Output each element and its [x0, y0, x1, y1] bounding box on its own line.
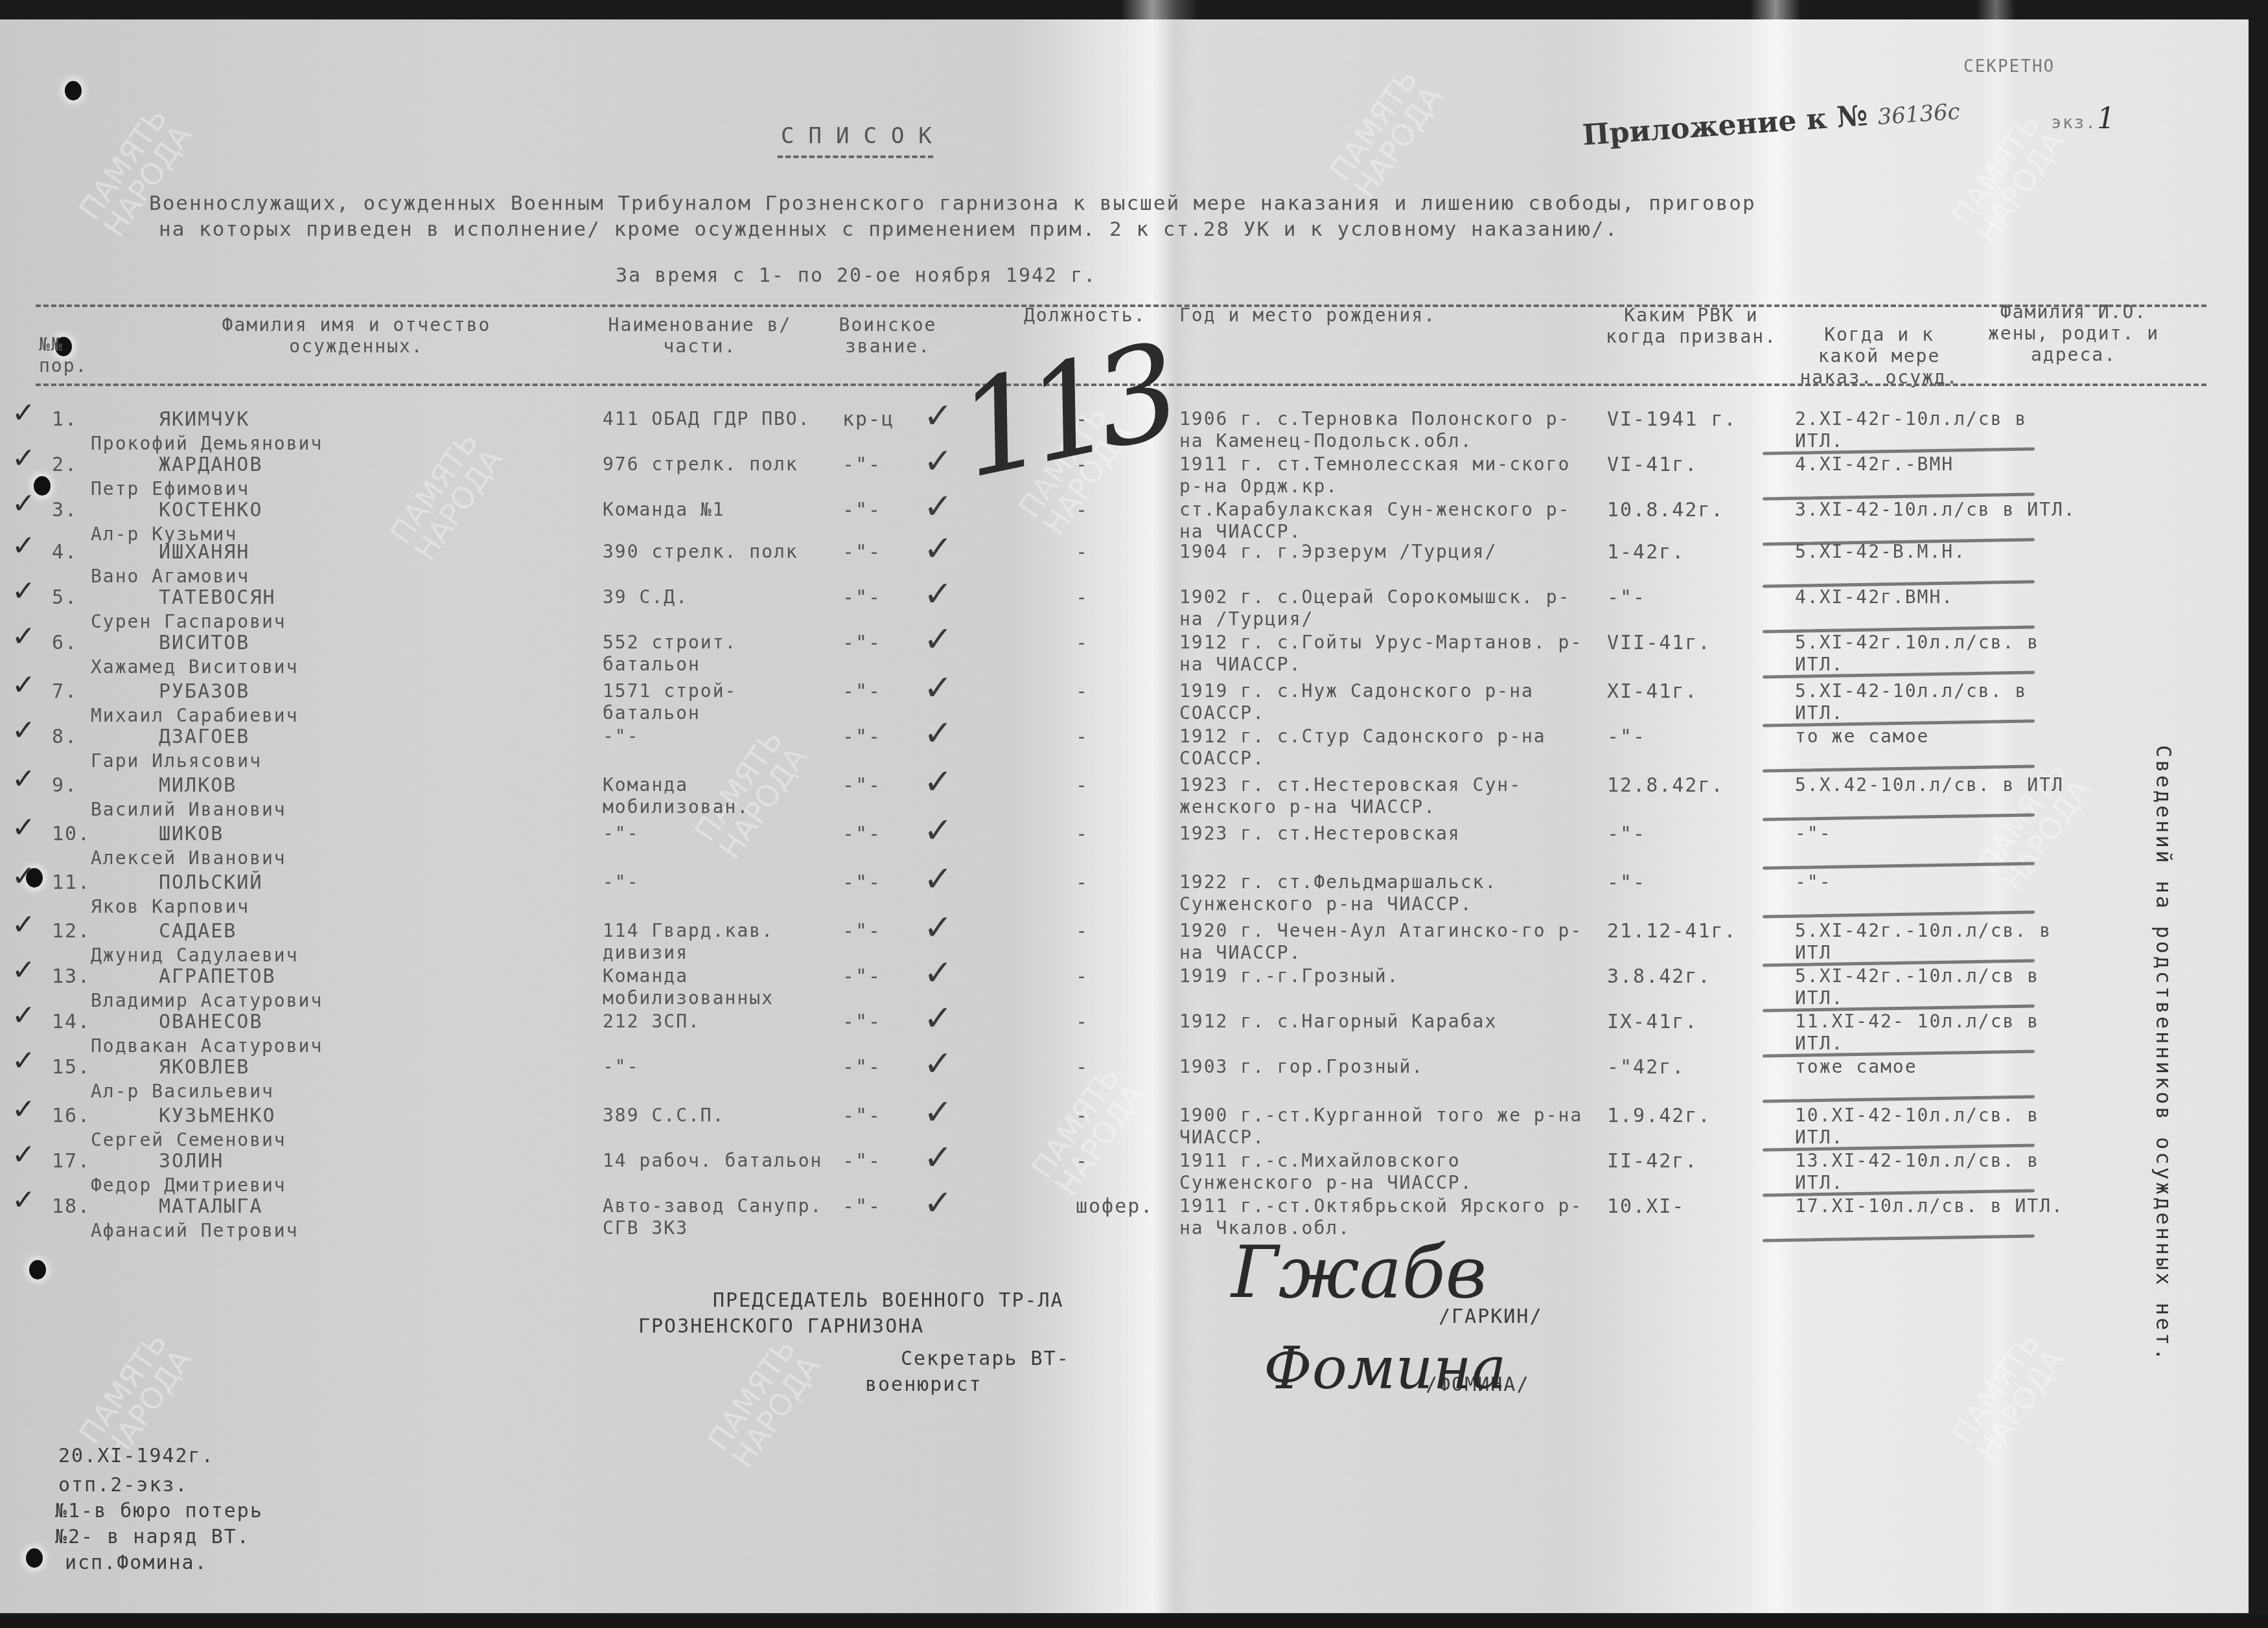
- row-surname: МИЛКОВ: [159, 774, 237, 797]
- annex-number: 36136с: [1877, 98, 1961, 130]
- row-rank: -"-: [842, 1011, 881, 1033]
- row-unit: 1571 строй-батальон: [603, 680, 823, 724]
- row-position: -: [1076, 586, 1089, 609]
- row-sentence: -"-: [1795, 823, 2080, 845]
- row-position: -: [1076, 408, 1089, 431]
- row-number: 4.: [52, 541, 78, 564]
- scan-border-bottom: [0, 1615, 2268, 1628]
- col-header-rank: Воинское звание.: [829, 314, 946, 357]
- row-surname: ОВАНЕСОВ: [159, 1011, 263, 1033]
- checkmark-icon: ✓: [923, 395, 953, 436]
- margin-checkmark: ✓: [12, 1093, 36, 1126]
- row-drafted: 3.8.42г.: [1607, 965, 1711, 988]
- row-rank: -"-: [842, 453, 881, 476]
- row-given-names: Михаил Сарабиевич: [91, 705, 299, 726]
- margin-checkmark: ✓: [12, 908, 36, 941]
- scan-border-right: [2249, 0, 2268, 1628]
- row-given-names: Петр Ефимович: [91, 478, 249, 499]
- row-birth: 1904 г. г.Эрзерум /Турция/: [1179, 541, 1594, 563]
- row-unit: 552 строит. батальон: [603, 632, 823, 676]
- row-number: 9.: [52, 774, 78, 797]
- row-unit: -"-: [603, 823, 823, 845]
- row-position: -: [1076, 1150, 1089, 1173]
- row-rank: -"-: [842, 726, 881, 748]
- row-unit: -"-: [603, 726, 823, 748]
- row-unit: 114 Гвард.кав. дивизия: [603, 920, 823, 964]
- row-rank: -"-: [842, 586, 881, 609]
- row-number: 6.: [52, 632, 78, 654]
- margin-checkmark: ✓: [12, 1138, 36, 1171]
- row-drafted: -"-: [1607, 726, 1646, 748]
- row-rank: -"-: [842, 1195, 881, 1218]
- col-header-birth: Год и место рождения.: [1179, 304, 1436, 326]
- chairman-title-line-1: ПРЕДСЕДАТЕЛЬ ВОЕННОГО ТР-ЛА: [713, 1289, 1064, 1312]
- secretary-title-line-1: Секретарь ВТ-: [901, 1347, 1070, 1370]
- row-unit: Команда мобилизованных: [603, 965, 823, 1009]
- margin-checkmark: ✓: [12, 762, 36, 796]
- row-unit: 390 стрелк. полк: [603, 541, 823, 563]
- row-drafted: VI-1941 г.: [1607, 408, 1737, 431]
- row-given-names: Хажамед Виситович: [91, 656, 299, 678]
- row-birth: 1923 г. ст.Нестеровская: [1179, 823, 1594, 845]
- row-position: -: [1076, 1105, 1089, 1127]
- row-drafted: II-42г.: [1607, 1150, 1698, 1173]
- row-surname: ШИКОВ: [159, 823, 224, 845]
- row-number: 1.: [52, 408, 78, 431]
- row-given-names: Афанасий Петрович: [91, 1220, 299, 1241]
- row-rank: -"-: [842, 680, 881, 703]
- checkmark-icon: ✓: [923, 713, 953, 753]
- margin-checkmark: ✓: [12, 860, 36, 893]
- row-number: 2.: [52, 453, 78, 476]
- row-drafted: -"-: [1607, 586, 1646, 609]
- row-given-names: Джунид Садулаевич: [91, 945, 299, 966]
- margin-checkmark: ✓: [12, 529, 36, 562]
- row-birth: 1900 г.-ст.Курганной того же р-на ЧИАССР…: [1179, 1105, 1594, 1149]
- checkmark-icon: ✓: [923, 619, 953, 659]
- row-number: 17.: [52, 1150, 91, 1173]
- margin-checkmark: ✓: [12, 1044, 36, 1077]
- row-surname: РУБАЗОВ: [159, 680, 249, 703]
- row-given-names: Василий Иванович: [91, 799, 286, 820]
- executor: исп.Фомина.: [65, 1552, 208, 1574]
- row-sentence: 3.XI-42-10л.л/св в ИТЛ.: [1795, 499, 2080, 521]
- row-drafted: 1-42г.: [1607, 541, 1685, 564]
- document-date: 20.XI-1942г.: [58, 1445, 214, 1467]
- row-rank: -"-: [842, 920, 881, 943]
- row-unit: 389 С.С.П.: [603, 1105, 823, 1127]
- row-given-names: Яков Карпович: [91, 896, 249, 917]
- checkmark-icon: ✓: [923, 998, 953, 1038]
- margin-checkmark: ✓: [12, 575, 36, 608]
- row-unit: 976 стрелк. полк: [603, 453, 823, 476]
- row-drafted: VII-41г.: [1607, 632, 1711, 654]
- row-birth: 1906 г. с.Терновка Полонского р-на Камен…: [1179, 408, 1594, 452]
- row-unit: Команда мобилизован.: [603, 774, 823, 818]
- subtitle-line-1: Военнослужащих, осужденных Военным Трибу…: [149, 192, 1756, 215]
- margin-checkmark: ✓: [12, 396, 36, 430]
- secret-stamp: СЕКРЕТНО: [1963, 57, 2055, 76]
- row-given-names: Ал-р Васильевич: [91, 1081, 274, 1102]
- row-unit: 212 ЗСП.: [603, 1011, 823, 1033]
- row-given-names: Сурен Гаспарович: [91, 611, 286, 632]
- punch-hole: [65, 81, 82, 100]
- row-drafted: XI-41г.: [1607, 680, 1698, 703]
- col-header-name: Фамилия имя и отчество осужденных.: [188, 314, 525, 357]
- checkmark-icon: ✓: [923, 907, 953, 948]
- row-sentence: 13.XI-42-10л.л/св. в ИТЛ.: [1795, 1150, 2080, 1194]
- row-sentence: 5.X.42-10л.л/св. в ИТЛ: [1795, 774, 2080, 796]
- row-rank: -"-: [842, 965, 881, 988]
- row-number: 15.: [52, 1056, 91, 1079]
- relatives-note: Сведений на родственников осужденных нет…: [2151, 745, 2176, 1363]
- row-given-names: Прокофий Демьянович: [91, 433, 323, 454]
- row-position: -: [1076, 823, 1089, 845]
- row-drafted: IX-41г.: [1607, 1011, 1698, 1033]
- row-sentence: 4.XI-42г.ВМН.: [1795, 586, 2080, 608]
- row-number: 7.: [52, 680, 78, 703]
- row-number: 18.: [52, 1195, 91, 1218]
- margin-checkmark: ✓: [12, 1184, 36, 1217]
- checkmark-icon: ✓: [923, 761, 953, 802]
- row-birth: 1911 г. ст.Темнолесская ми-ского р-на Ор…: [1179, 453, 1594, 498]
- row-position: -: [1076, 499, 1089, 522]
- row-sentence: 5.XI-42-В.М.Н.: [1795, 541, 2080, 563]
- row-position: -: [1076, 1011, 1089, 1033]
- row-number: 3.: [52, 499, 78, 522]
- row-rank: -"-: [842, 774, 881, 797]
- row-unit: 39 С.Д.: [603, 586, 823, 608]
- reporting-period: За время с 1- по 20-ое ноября 1942 г.: [616, 264, 1096, 287]
- col-header-num: №№ пор.: [39, 334, 91, 376]
- secretary-signature: Фомина: [1264, 1335, 1506, 1403]
- row-surname: ДЗАГОЕВ: [159, 726, 249, 748]
- row-position: -: [1076, 1056, 1089, 1079]
- row-rank: -"-: [842, 632, 881, 654]
- row-birth: 1922 г. ст.Фельдмаршальск. Сунженского р…: [1179, 871, 1594, 915]
- checkmark-icon: ✓: [923, 528, 953, 569]
- row-number: 8.: [52, 726, 78, 748]
- row-surname: КУЗЬМЕНКО: [159, 1105, 276, 1127]
- margin-checkmark: ✓: [12, 999, 36, 1032]
- row-sentence: 5.XI-42г.10л.л/св. в ИТЛ.: [1795, 632, 2080, 676]
- copy-1-destination: №1-в бюро потерь: [55, 1500, 263, 1522]
- row-surname: МАТАЛЫГА: [159, 1195, 263, 1218]
- row-birth: 1912 г. с.Гойты Урус-Мартанов. р-на ЧИАС…: [1179, 632, 1594, 676]
- row-birth: 1903 г. гор.Грозный.: [1179, 1056, 1594, 1078]
- margin-checkmark: ✓: [12, 669, 36, 702]
- row-sentence: тоже самое: [1795, 1056, 2080, 1078]
- row-surname: ИШХАНЯН: [159, 541, 249, 564]
- row-number: 16.: [52, 1105, 91, 1127]
- row-unit: 14 рабоч. батальон: [603, 1150, 823, 1172]
- punch-hole: [29, 1260, 46, 1279]
- row-surname: ЖАРДАНОВ: [159, 453, 263, 476]
- copies-printed: отп.2-экз.: [58, 1474, 189, 1496]
- row-number: 10.: [52, 823, 91, 845]
- row-drafted: 1.9.42г.: [1607, 1105, 1711, 1127]
- row-surname: КОСТЕНКО: [159, 499, 263, 522]
- chairman-title-line-2: ГРОЗНЕНСКОГО ГАРНИЗОНА: [638, 1315, 924, 1338]
- row-position: -: [1076, 632, 1089, 654]
- row-drafted: 12.8.42г.: [1607, 774, 1724, 797]
- paper-fold-right: [1750, 0, 1801, 1613]
- row-sentence: то же самое: [1795, 726, 2080, 748]
- copy-2-destination: №2- в наряд ВТ.: [55, 1526, 250, 1548]
- row-unit: -"-: [603, 871, 823, 893]
- row-sentence: 5.XI-42г.-10л.л/св. в ИТЛ: [1795, 920, 2080, 964]
- row-sentence: 17.XI-10л.л/св. в ИТЛ.: [1795, 1195, 2080, 1217]
- row-position: шофер.: [1076, 1195, 1153, 1218]
- row-rank: -"-: [842, 499, 881, 522]
- row-drafted: -"-: [1607, 871, 1646, 894]
- row-surname: АГРАПЕТОВ: [159, 965, 276, 988]
- checkmark-icon: ✓: [923, 667, 953, 708]
- row-rank: -"-: [842, 1150, 881, 1173]
- row-sentence: 5.XI-42-10л.л/св. в ИТЛ.: [1795, 680, 2080, 724]
- row-position: -: [1076, 774, 1089, 797]
- row-drafted: -"42г.: [1607, 1056, 1685, 1079]
- row-drafted: -"-: [1607, 823, 1646, 845]
- row-birth: 1923 г. ст.Нестеровская Сун-женского р-н…: [1179, 774, 1594, 818]
- margin-checkmark: ✓: [12, 442, 36, 475]
- checkmark-icon: ✓: [923, 858, 953, 899]
- row-unit: 411 ОБАД ГДР ПВО.: [603, 408, 823, 430]
- row-given-names: Гари Ильясович: [91, 750, 262, 772]
- row-birth: ст.Карабулакская Сун-женского р-на ЧИАСС…: [1179, 499, 1594, 543]
- checkmark-icon: ✓: [923, 441, 953, 481]
- checkmark-icon: ✓: [923, 952, 953, 993]
- row-drafted: VI-41г.: [1607, 453, 1698, 476]
- row-rank: кр-ц: [842, 408, 894, 431]
- row-surname: ПОЛЬСКИЙ: [159, 871, 263, 894]
- secretary-title-line-2: военюрист: [865, 1373, 982, 1396]
- col-header-sentence: Когда и к какой мере наказ. осужд.: [1788, 324, 1970, 388]
- row-given-names: Подвакан Асатурович: [91, 1035, 323, 1057]
- col-header-relatives: Фамилия И.О. жены, родит. и адреса.: [1983, 301, 2164, 365]
- row-surname: ТАТЕВОСЯН: [159, 586, 276, 609]
- row-surname: САДАЕВ: [159, 920, 237, 943]
- row-unit: Авто-завод Санупр. СГВ ЗКЗ: [603, 1195, 823, 1239]
- row-position: -: [1076, 920, 1089, 943]
- row-birth: 1912 г. с.Нагорный Карабах: [1179, 1011, 1594, 1033]
- row-unit: Команда №1: [603, 499, 823, 521]
- row-given-names: Вано Агамович: [91, 566, 249, 587]
- copy-label: экз.1: [2028, 83, 2116, 135]
- row-drafted: 10.8.42г.: [1607, 499, 1724, 522]
- row-rank: -"-: [842, 1105, 881, 1127]
- row-surname: ЗОЛИН: [159, 1150, 224, 1173]
- punch-hole: [34, 476, 51, 496]
- row-given-names: Сергей Семенович: [91, 1129, 286, 1151]
- row-sentence: 2.XI-42г-10л.л/св в ИТЛ.: [1795, 408, 2080, 452]
- row-given-names: Алексей Иванович: [91, 847, 286, 869]
- row-number: 14.: [52, 1011, 91, 1033]
- col-header-drafted: Каким РВК и когда призван.: [1594, 304, 1788, 347]
- row-number: 11.: [52, 871, 91, 894]
- title-underline: [778, 155, 933, 158]
- row-sentence: -"-: [1795, 871, 2080, 893]
- checkmark-icon: ✓: [923, 1137, 953, 1178]
- row-rank: -"-: [842, 541, 881, 564]
- row-rank: -"-: [842, 871, 881, 894]
- row-number: 5.: [52, 586, 78, 609]
- row-surname: ЯКОВЛЕВ: [159, 1056, 249, 1079]
- row-birth: 1912 г. с.Стур Садонского р-на СОАССР.: [1179, 726, 1594, 770]
- row-rank: -"-: [842, 1056, 881, 1079]
- row-birth: 1911 г.-с.Михайловского Сунженского р-на…: [1179, 1150, 1594, 1194]
- margin-checkmark: ✓: [12, 620, 36, 653]
- col-header-unit: Наименование в/части.: [603, 314, 797, 357]
- margin-checkmark: ✓: [12, 954, 36, 987]
- row-birth: 1920 г. Чечен-Аул Атагинско-го р-на ЧИАС…: [1179, 920, 1594, 964]
- row-birth: 1902 г. с.Оцерай Сорокомышск. р-на /Турц…: [1179, 586, 1594, 630]
- row-sentence: 4.XI-42г.-ВМН: [1795, 453, 2080, 476]
- row-position: -: [1076, 453, 1089, 476]
- row-birth: 1919 г.-г.Грозный.: [1179, 965, 1594, 987]
- row-surname: ВИСИТОВ: [159, 632, 249, 654]
- subtitle-line-2: на которых приведен в исполнение/ кроме …: [159, 218, 1618, 241]
- checkmark-icon: ✓: [923, 573, 953, 614]
- checkmark-icon: ✓: [923, 486, 953, 527]
- checkmark-icon: ✓: [923, 1092, 953, 1132]
- row-number: 13.: [52, 965, 91, 988]
- chairman-signature: Гжабв: [1231, 1231, 1487, 1314]
- row-given-names: Федор Дмитриевич: [91, 1175, 286, 1196]
- margin-checkmark: ✓: [12, 714, 36, 747]
- row-drafted: 21.12-41г.: [1607, 920, 1737, 943]
- punch-hole: [26, 1548, 43, 1568]
- checkmark-icon: ✓: [923, 1182, 953, 1223]
- margin-checkmark: ✓: [12, 811, 36, 844]
- row-sentence: 11.XI-42- 10л.л/св в ИТЛ.: [1795, 1011, 2080, 1055]
- row-unit: -"-: [603, 1056, 823, 1078]
- margin-checkmark: ✓: [12, 487, 36, 520]
- row-sentence: 5.XI-42г.-10л.л/св в ИТЛ.: [1795, 965, 2080, 1009]
- row-surname: ЯКИМЧУК: [159, 408, 249, 431]
- document-title: СПИСОК: [781, 123, 946, 149]
- row-drafted: 10.XI-: [1607, 1195, 1685, 1218]
- checkmark-icon: ✓: [923, 810, 953, 851]
- row-position: -: [1076, 541, 1089, 564]
- row-position: -: [1076, 726, 1089, 748]
- row-position: -: [1076, 680, 1089, 703]
- row-position: -: [1076, 965, 1089, 988]
- checkmark-icon: ✓: [923, 1043, 953, 1084]
- row-birth: 1919 г. с.Нуж Садонского р-на СОАССР.: [1179, 680, 1594, 724]
- row-given-names: Владимир Асатурович: [91, 990, 323, 1011]
- row-rank: -"-: [842, 823, 881, 845]
- row-number: 12.: [52, 920, 91, 943]
- row-sentence: 10.XI-42-10л.л/св. в ИТЛ.: [1795, 1105, 2080, 1149]
- row-position: -: [1076, 871, 1089, 894]
